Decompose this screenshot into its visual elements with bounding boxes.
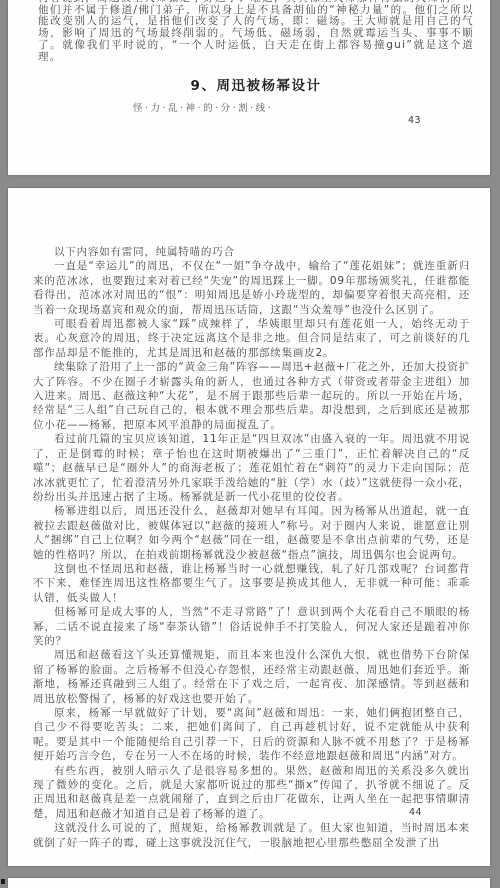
paragraph: 这倒也不怪周迅和赵薇，谁让杨幂当时一心就想赚钱，轧了好几部戏呢？台词都背不下来，… xyxy=(33,562,470,605)
paragraph: 这就没什么可说的了，照规矩，给杨幂教训就是了。但大家也知道，当时周迅本来就倒了好… xyxy=(33,821,470,850)
chapter-ending-paragraph: 他们并不属于修道/佛门弟子，所以身上是不具备胡仙的“神秘力量”的。他们之所以能改… xyxy=(38,5,474,64)
stray-mark xyxy=(1,879,5,884)
paragraph: 看过前几篇的宝贝应该知道，11年正是“四旦双冰”由盛入衰的一年。周迅就不用说了，… xyxy=(33,432,470,504)
page-45-sliver xyxy=(8,878,490,888)
section-divider-text: 怪·力·乱·神·的·分·割·线· xyxy=(103,103,474,115)
document-viewer[interactable]: 再者说到，周迅被王大师骗走了好运了；难道，真真像王大师那样行骗的大师们——因为 … xyxy=(0,0,500,888)
paragraph: 以下内容如有雷同，纯属特喵的巧合 xyxy=(33,245,470,259)
chapter-title: 9、周迅被杨幂设计 xyxy=(38,77,474,95)
page-43-text: 再者说到，周迅被王大师骗走了好运了；难道，真真像王大师那样行骗的大师们——因为 … xyxy=(8,0,490,115)
paragraph: 原来，杨幂一早就做好了计划，要“离间”赵薇和周迅：一来，她们俩抱团整自己，自己少… xyxy=(33,706,470,764)
page-number-44: 44 xyxy=(409,807,422,818)
page-44: 以下内容如有雷同，纯属特喵的巧合一直是“幸运儿”的周迅，不仅在“一姐”争夺战中，… xyxy=(8,188,490,866)
paragraph: 续集除了沿用了上一部的“黄金三角”阵容——周迅+赵薇+厂花之外，还加大投资扩大了… xyxy=(33,360,470,432)
paragraph: 周迅和赵薇看这丫头还算懂规矩，而且本来也没什么深仇大恨，就也借势下台阶保留了杨幂… xyxy=(33,648,470,706)
page-43: 再者说到，周迅被王大师骗走了好运了；难道，真真像王大师那样行骗的大师们——因为 … xyxy=(8,0,490,175)
page-44-text: 以下内容如有雷同，纯属特喵的巧合一直是“幸运儿”的周迅，不仅在“一姐”争夺战中，… xyxy=(8,245,490,850)
paragraph: 一直是“幸运儿”的周迅，不仅在“一姐”争夺战中，输给了“莲花姐妹”；就连重新归来… xyxy=(33,259,470,317)
paragraph: 杨幂进组以后，周迅还没什么，赵薇却对她早有耳闻。因为杨幂从出道起，就一直被拉去跟… xyxy=(33,504,470,562)
page-number-43: 43 xyxy=(408,115,421,126)
paragraph: 但杨幂可是成大事的人，当然“不走寻常路”了！意识到两个大花看自己不顺眼的杨幂，二… xyxy=(33,605,470,648)
paragraph: 有些东西，被别人暗示久了是很容易多想的。果然，赵薇和周迅的关系没多久就出现了微妙… xyxy=(33,764,470,822)
paragraph: 可眼看着周迅都被人家“踩”成辣样了，华姨眼里却只有莲花姐一人，始终无动于衷。心灰… xyxy=(33,317,470,360)
